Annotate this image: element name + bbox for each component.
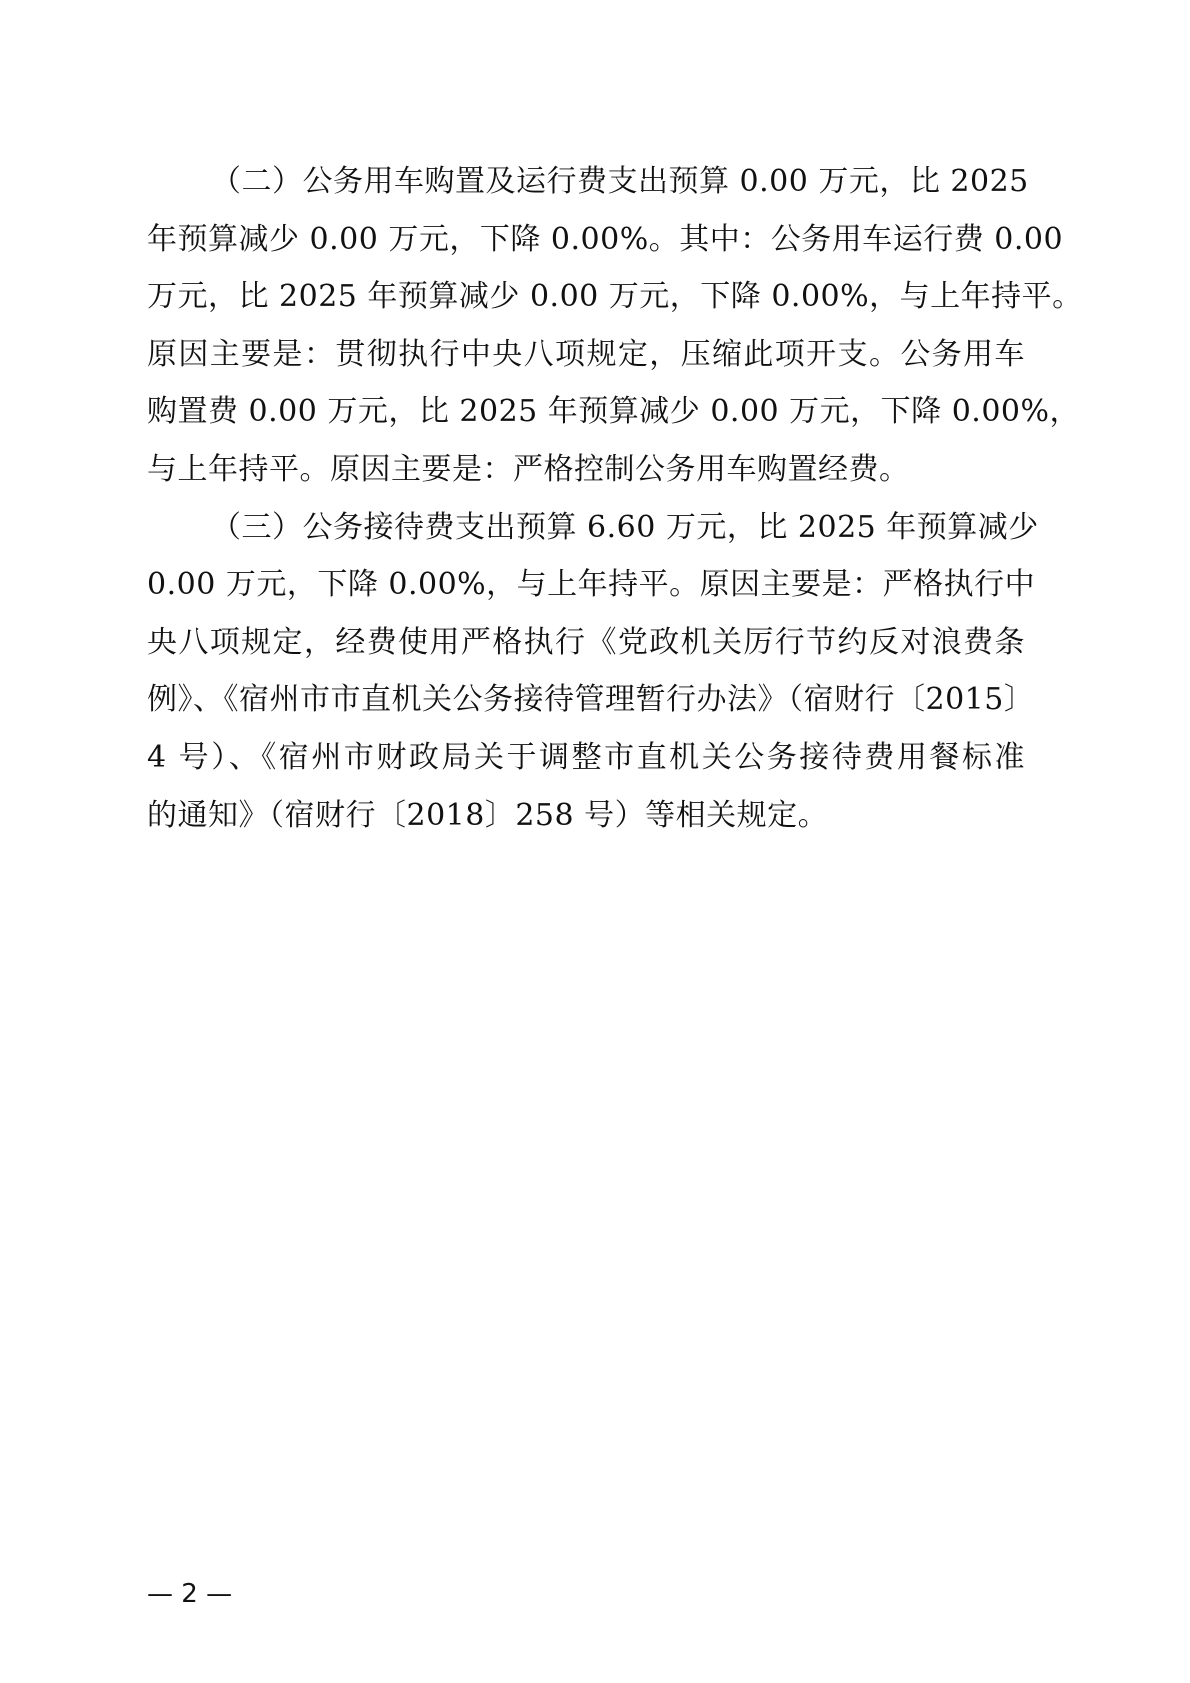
text-line: 购置费 0.00 万元，比 2025 年预算减少 0.00 万元，下降 0.00…: [147, 383, 1025, 441]
text-line: 年预算减少 0.00 万元，下降 0.00%。其中：公务用车运行费 0.00: [147, 211, 1025, 269]
document-body: （二）公务用车购置及运行费支出预算 0.00 万元，比 2025 年预算减少 0…: [147, 153, 1025, 844]
text-line: 例》、《宿州市市直机关公务接待管理暂行办法》（宿财行〔2015〕: [147, 671, 1025, 729]
text-line: （二）公务用车购置及运行费支出预算 0.00 万元，比 2025: [147, 153, 1025, 211]
page-number: — 2 —: [147, 1578, 232, 1610]
text-line: 的通知》（宿财行〔2018〕258 号）等相关规定。: [147, 787, 1025, 845]
text-line: 4 号）、《宿州市财政局关于调整市直机关公务接待费用餐标准: [147, 729, 1025, 787]
document-page: （二）公务用车购置及运行费支出预算 0.00 万元，比 2025 年预算减少 0…: [0, 0, 1190, 1683]
text-line: 原因主要是：贯彻执行中央八项规定，压缩此项开支。公务用车: [147, 326, 1025, 384]
text-line: 央八项规定，经费使用严格执行《党政机关厉行节约反对浪费条: [147, 614, 1025, 672]
text-line: 万元，比 2025 年预算减少 0.00 万元，下降 0.00%，与上年持平。: [147, 268, 1025, 326]
paragraph-vehicle-expenses: （二）公务用车购置及运行费支出预算 0.00 万元，比 2025 年预算减少 0…: [147, 153, 1025, 499]
text-line: 与上年持平。原因主要是：严格控制公务用车购置经费。: [147, 441, 1025, 499]
text-line: 0.00 万元，下降 0.00%，与上年持平。原因主要是：严格执行中: [147, 556, 1025, 614]
text-line: （三）公务接待费支出预算 6.60 万元，比 2025 年预算减少: [147, 499, 1025, 557]
paragraph-reception-expenses: （三）公务接待费支出预算 6.60 万元，比 2025 年预算减少 0.00 万…: [147, 499, 1025, 845]
